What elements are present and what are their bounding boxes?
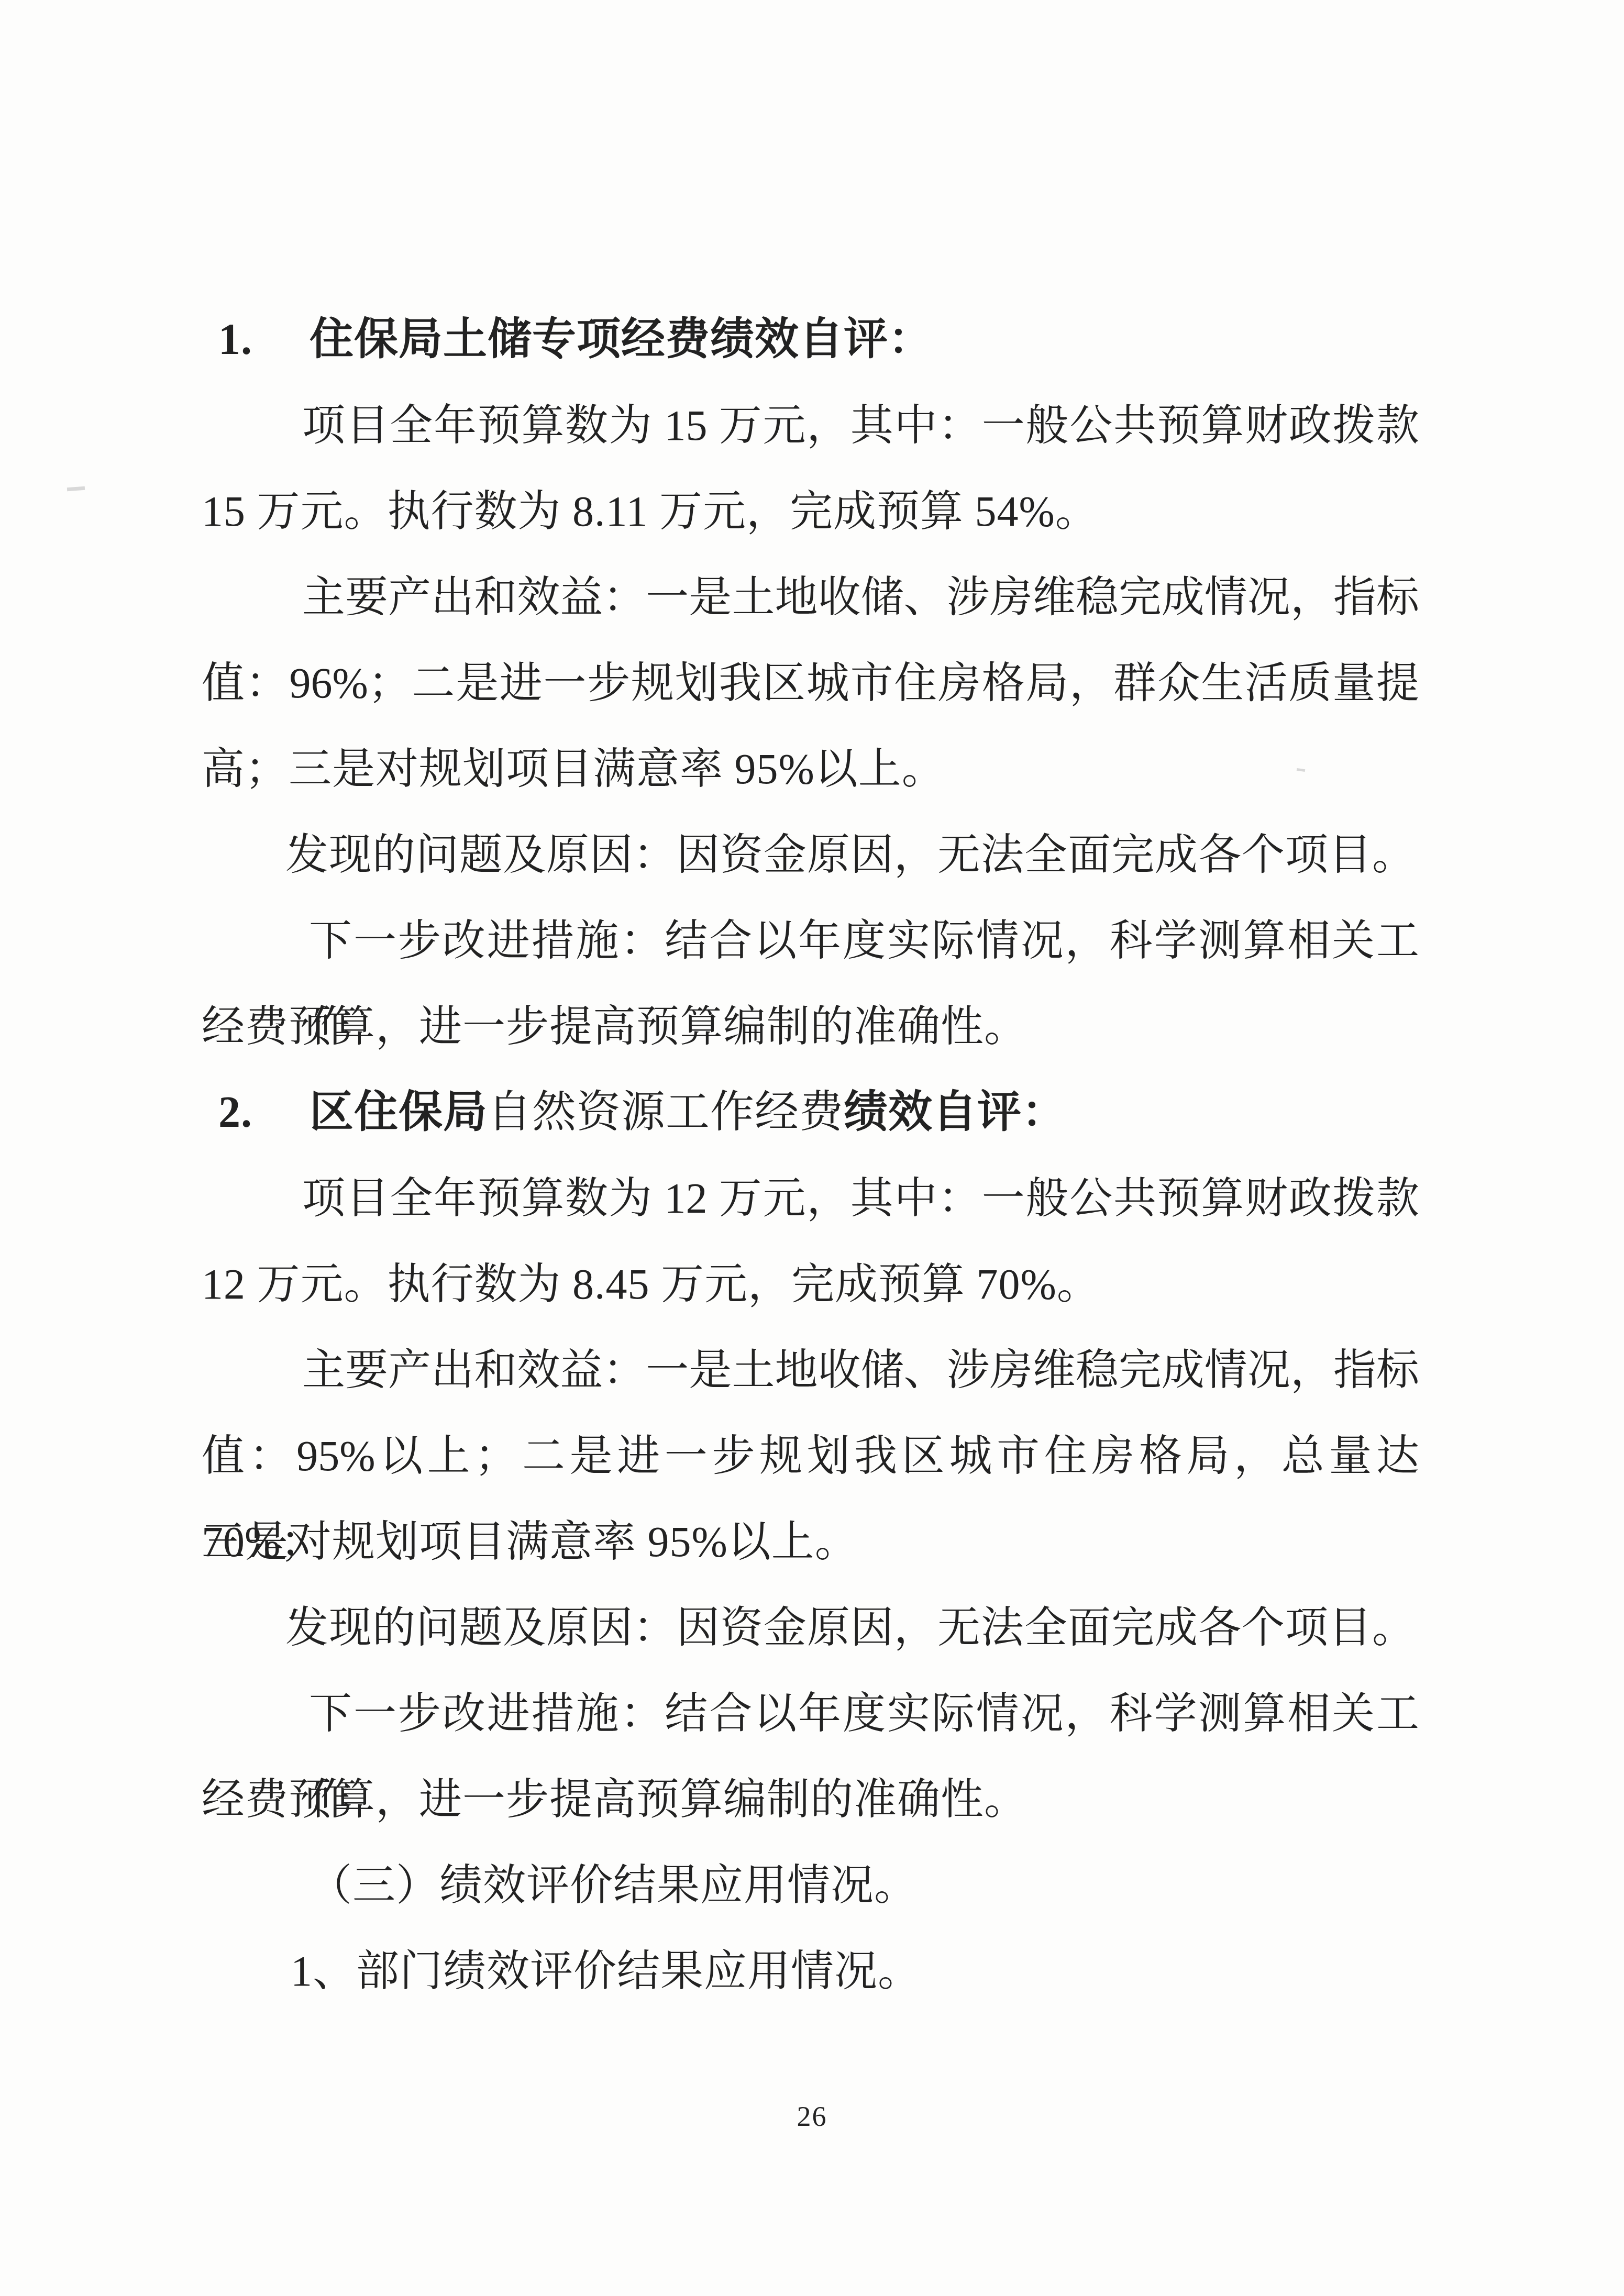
text-block: 1.住保局土储专项经费绩效自评： 项目全年预算数为 15 万元，其中：一般公共预… — [202, 297, 1419, 2014]
sec1-budget-line-1: 项目全年预算数为 15 万元，其中：一般公共预算财政拨款 — [202, 383, 1419, 469]
sec2-output-line-3: 三是对规划项目满意率 95%以上。 — [202, 1499, 1419, 1585]
section-2-title-bold-suffix: 绩效自评： — [844, 1088, 1066, 1137]
subsection-3-heading: （三）绩效评价结果应用情况。 — [202, 1843, 1419, 1928]
sec2-problems-line: 发现的问题及原因：因资金原因，无法全面完成各个项目。 — [202, 1585, 1419, 1671]
sec2-budget-line-1: 项目全年预算数为 12 万元，其中：一般公共预算财政拨款 — [202, 1156, 1419, 1241]
section-2-heading: 2.区住保局自然资源工作经费绩效自评： — [202, 1070, 1419, 1156]
sec1-problems-line: 发现的问题及原因：因资金原因，无法全面完成各个项目。 — [202, 812, 1419, 898]
section-1-title: 住保局土储专项经费绩效自评： — [310, 315, 933, 364]
sec2-output-line-1: 主要产出和效益：一是土地收储、涉房维稳完成情况，指标 — [202, 1327, 1419, 1413]
sec1-output-line-3: 高；三是对规划项目满意率 95%以上。 — [202, 726, 1419, 812]
sec1-improvement-line-2: 经费预算，进一步提高预算编制的准确性。 — [202, 984, 1419, 1070]
sec1-output-line-1: 主要产出和效益：一是土地收储、涉房维稳完成情况，指标 — [202, 554, 1419, 640]
sec2-output-line-2: 值：95%以上；二是进一步规划我区城市住房格局，总量达 70%； — [202, 1413, 1419, 1499]
section-2-number: 2. — [218, 1070, 310, 1156]
sec1-output-line-2: 值：96%；二是进一步规划我区城市住房格局，群众生活质量提 — [202, 640, 1419, 726]
page-number: 26 — [0, 2101, 1624, 2132]
sec1-budget-line-2: 15 万元。执行数为 8.11 万元，完成预算 54%。 — [202, 469, 1419, 554]
subsection-3-item-1: 1、部门绩效评价结果应用情况。 — [202, 1928, 1419, 2014]
section-1-heading: 1.住保局土储专项经费绩效自评： — [202, 297, 1419, 383]
sec2-improvement-line-2: 经费预算，进一步提高预算编制的准确性。 — [202, 1757, 1419, 1843]
sec2-improvement-line-1: 下一步改进措施：结合以年度实际情况，科学测算相关工作 — [202, 1671, 1419, 1757]
section-1-number: 1. — [218, 297, 310, 383]
document-page: 1.住保局土储专项经费绩效自评： 项目全年预算数为 15 万元，其中：一般公共预… — [0, 0, 1624, 2296]
sec2-budget-line-2: 12 万元。执行数为 8.45 万元，完成预算 70%。 — [202, 1241, 1419, 1327]
section-2-title-bold-prefix: 区住保局 — [310, 1088, 488, 1137]
sec1-improvement-line-1: 下一步改进措施：结合以年度实际情况，科学测算相关工作 — [202, 898, 1419, 984]
scan-artifact — [67, 486, 85, 491]
section-2-title-regular: 自然资源工作经费 — [488, 1088, 844, 1137]
